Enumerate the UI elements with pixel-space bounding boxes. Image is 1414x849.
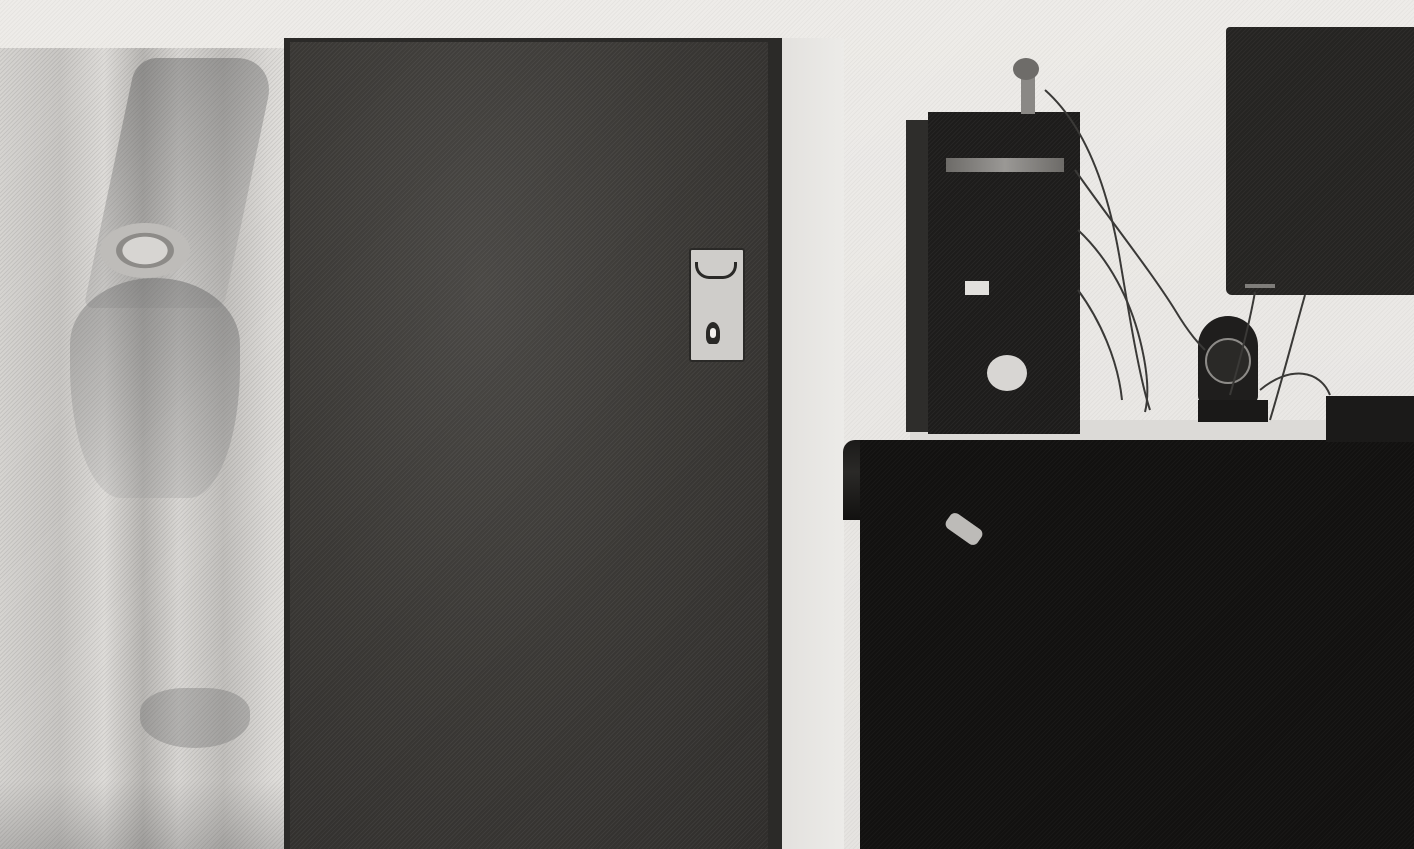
photo-scene — [0, 0, 1414, 849]
cables — [0, 0, 1414, 849]
